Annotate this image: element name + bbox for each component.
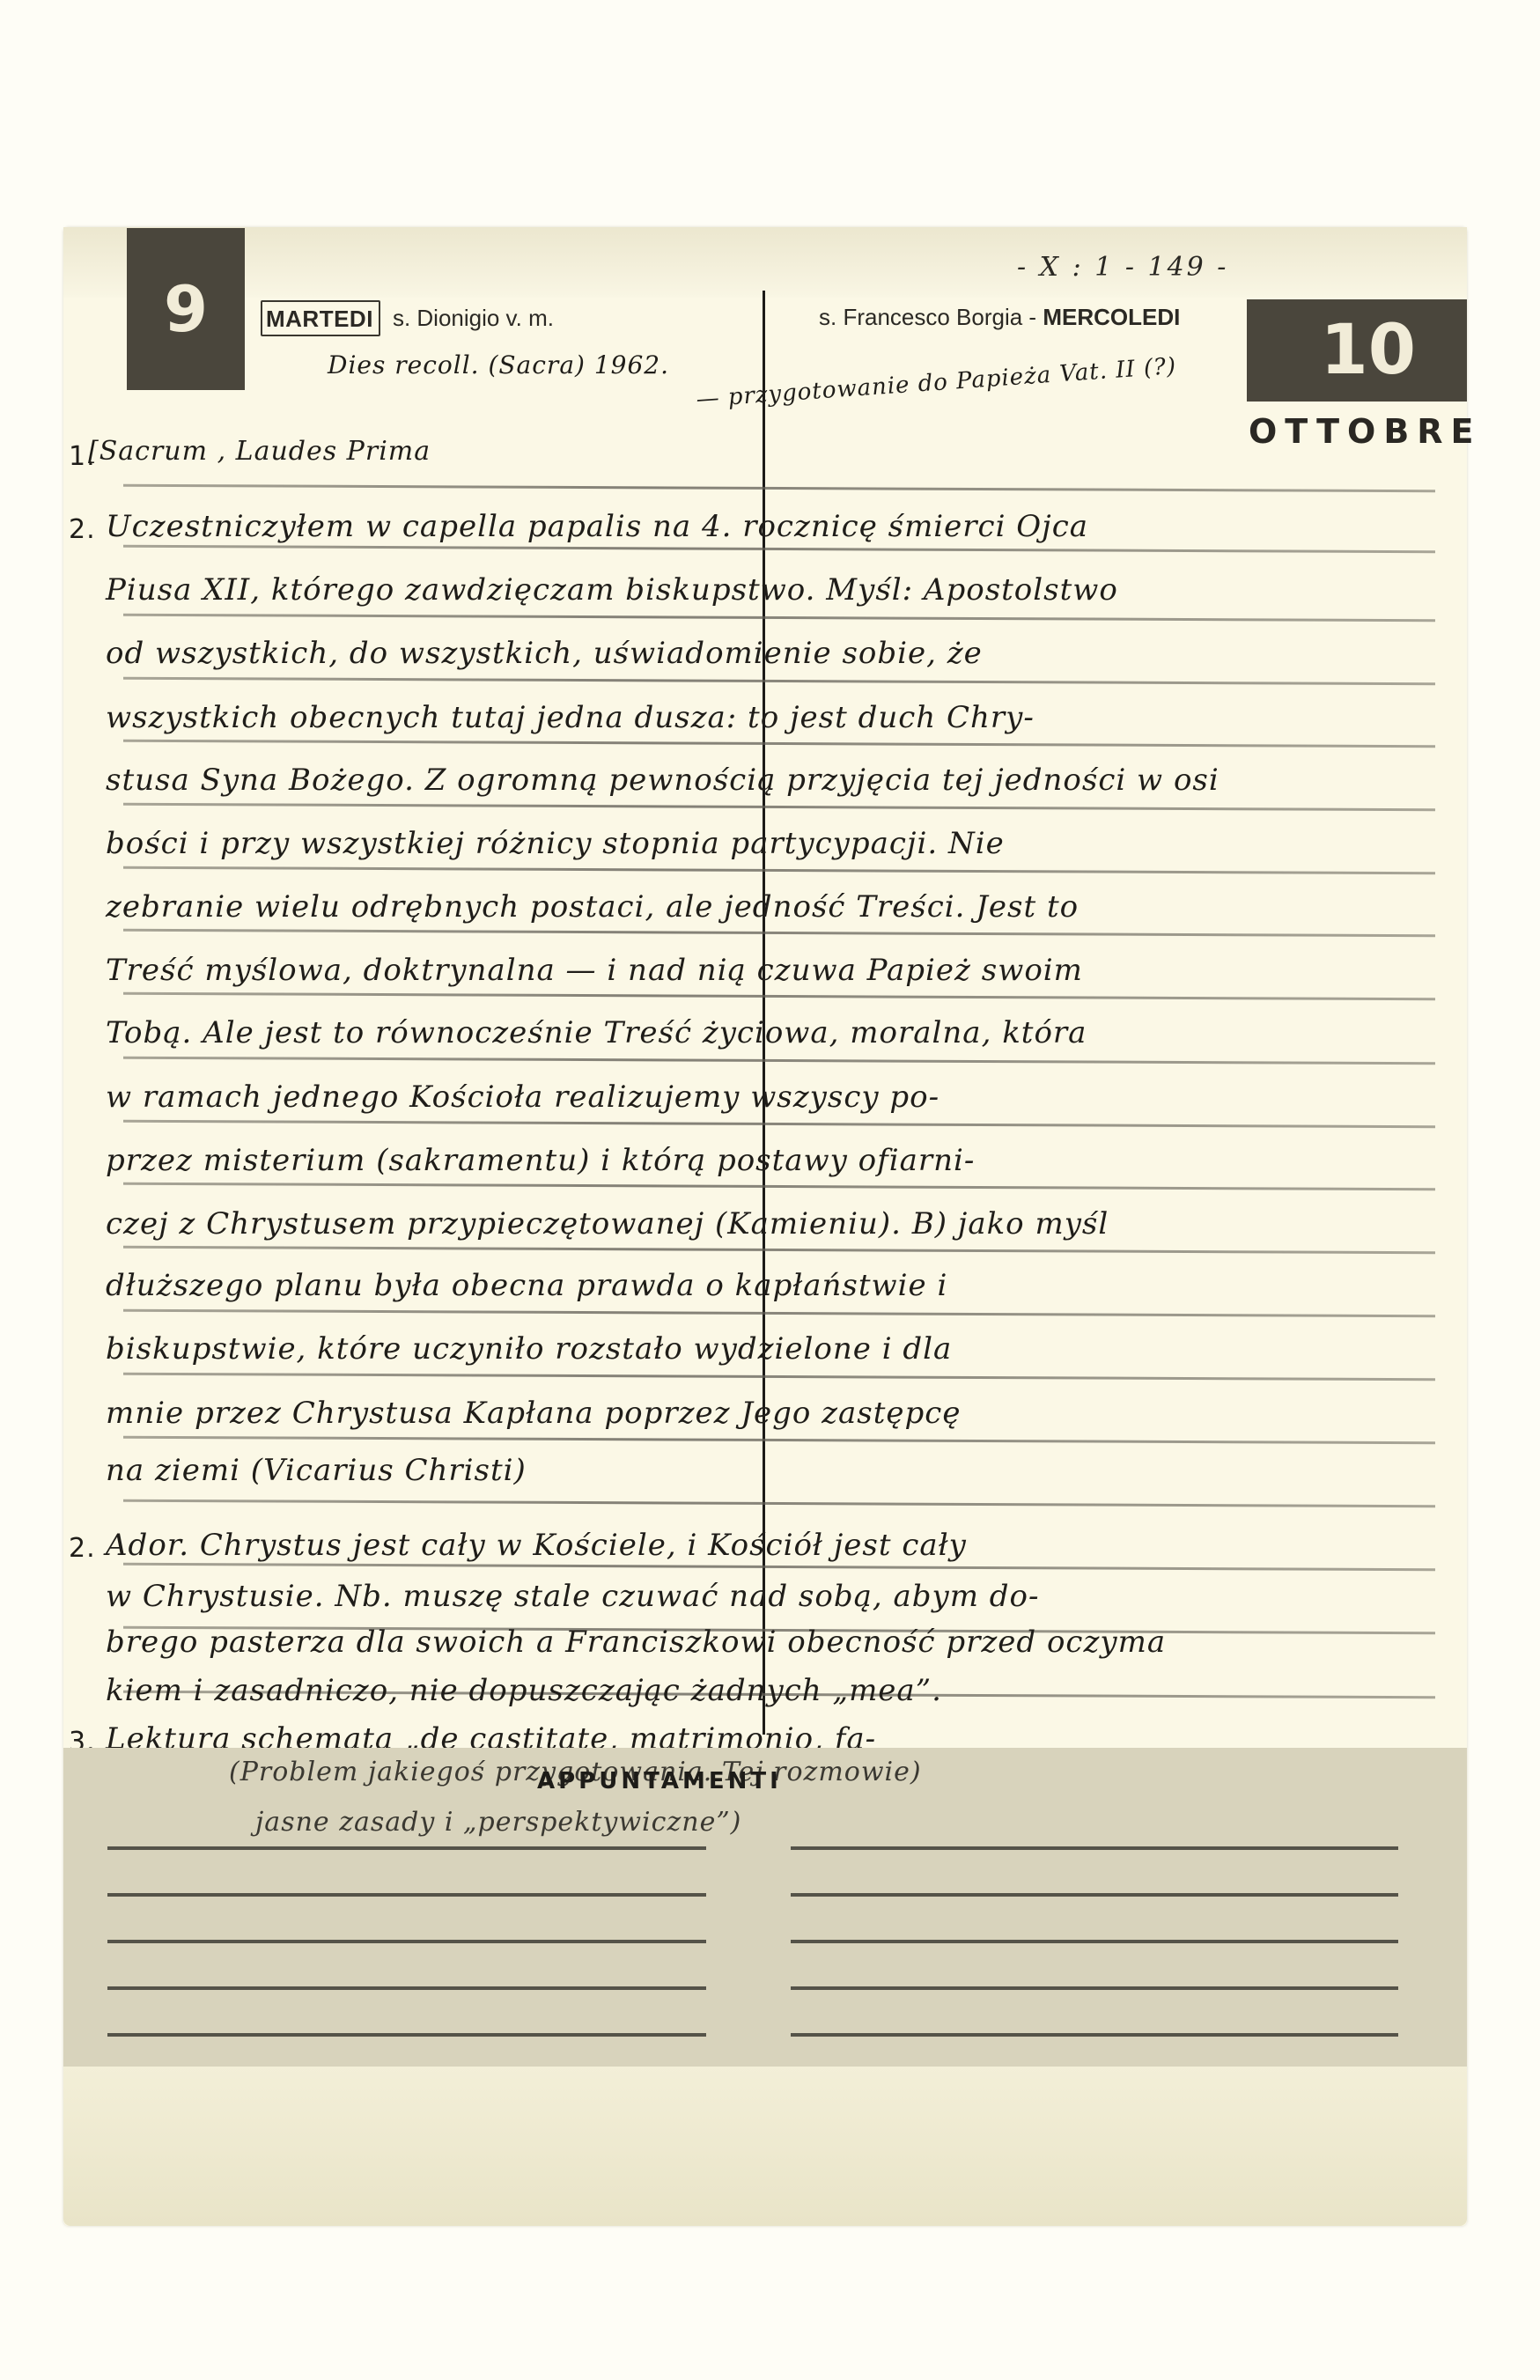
column-divider <box>763 291 765 1735</box>
appointment-line <box>107 1986 706 1990</box>
date-number-right: 10 <box>1247 299 1467 402</box>
page-bottom-margin <box>63 2065 1467 2226</box>
appointment-line <box>107 1940 706 1943</box>
item-number: 2. <box>69 514 96 545</box>
appointment-line <box>791 2033 1398 2037</box>
handwritten-line: Ador. Chrystus jest cały w Kościele, i K… <box>106 1528 967 1563</box>
weekday-right: MERCOLEDI <box>1043 304 1180 330</box>
handwritten-line: Uczestniczyłem w capella papalis na 4. r… <box>106 509 1088 544</box>
header-band <box>63 227 1467 298</box>
appointment-line <box>791 1986 1398 1990</box>
handwritten-line: Treść myślowa, doktrynalna — i nad nią c… <box>106 953 1083 988</box>
handwritten-line: stusa Syna Bożego. Z ogromną pewnością p… <box>106 763 1219 798</box>
handwritten-line: (Problem jakiegoś przygotowania. Tej roz… <box>229 1757 922 1787</box>
weekday-left: MARTEDI <box>261 300 380 336</box>
left-day-header: MARTEDI s. Dionigio v. m. <box>261 300 554 336</box>
handwritten-line: bości i przy wszystkiej różnicy stopnia … <box>106 826 1005 861</box>
appointment-line <box>791 1846 1398 1850</box>
handwritten-line: mnie przez Chrystusa Kapłana poprzez Jeg… <box>106 1396 961 1431</box>
item-number: 2. <box>69 1533 96 1564</box>
handwritten-line: zebranie wielu odrębnych postaci, ale je… <box>106 889 1079 925</box>
appointments-section <box>63 1748 1467 2067</box>
handwritten-line: Tobą. Ale jest to równocześnie Treść życ… <box>106 1015 1087 1050</box>
month-label: OTTOBRE <box>1249 412 1482 451</box>
handwritten-line: przez misterium (sakramentu) i którą pos… <box>106 1143 975 1178</box>
handwritten-line: czej z Chrystusem przypieczętowanej (Kam… <box>106 1206 1109 1242</box>
handwritten-line: [Sacrum , Laudes Prima <box>88 436 431 467</box>
appointment-line <box>791 1940 1398 1943</box>
saint-left: s. Dionigio v. m. <box>393 305 554 332</box>
handwritten-line: Piusa XII, którego zawdzięczam biskupstw… <box>106 572 1118 608</box>
page-number: - X : 1 - 149 - <box>1017 252 1228 283</box>
handwritten-line: dłuższego planu była obecna prawda o kap… <box>106 1268 947 1303</box>
date-number-left: 9 <box>127 228 245 390</box>
right-day-header: s. Francesco Borgia - MERCOLEDI <box>819 304 1180 331</box>
handwritten-line: w ramach jednego Kościoła realizujemy ws… <box>106 1079 939 1115</box>
handwritten-line: brego pasterza dla swoich a Franciszkowi… <box>106 1625 1166 1660</box>
handwritten-line: biskupstwie, które uczyniło rozstało wyd… <box>106 1331 952 1367</box>
appointment-line <box>107 2033 706 2037</box>
handwritten-line: na ziemi (Vicarius Christi) <box>106 1453 527 1488</box>
handwritten-line: kiem i zasadniczo, nie dopuszczając żadn… <box>106 1673 942 1708</box>
handwritten-date-note: Dies recoll. (Sacra) 1962. <box>328 350 669 379</box>
appointment-line <box>107 1846 706 1850</box>
saint-right: s. Francesco Borgia - <box>819 304 1036 330</box>
handwritten-line: od wszystkich, do wszystkich, uświadomie… <box>106 636 983 671</box>
appointment-line <box>791 1893 1398 1897</box>
handwritten-line: wszystkich obecnych tutaj jedna dusza: t… <box>106 700 1035 735</box>
handwritten-line: w Chrystusie. Nb. muszę stale czuwać nad… <box>106 1579 1040 1614</box>
appointment-line <box>107 1893 706 1897</box>
handwritten-line: jasne zasady i „perspektywiczne”) <box>255 1807 741 1838</box>
